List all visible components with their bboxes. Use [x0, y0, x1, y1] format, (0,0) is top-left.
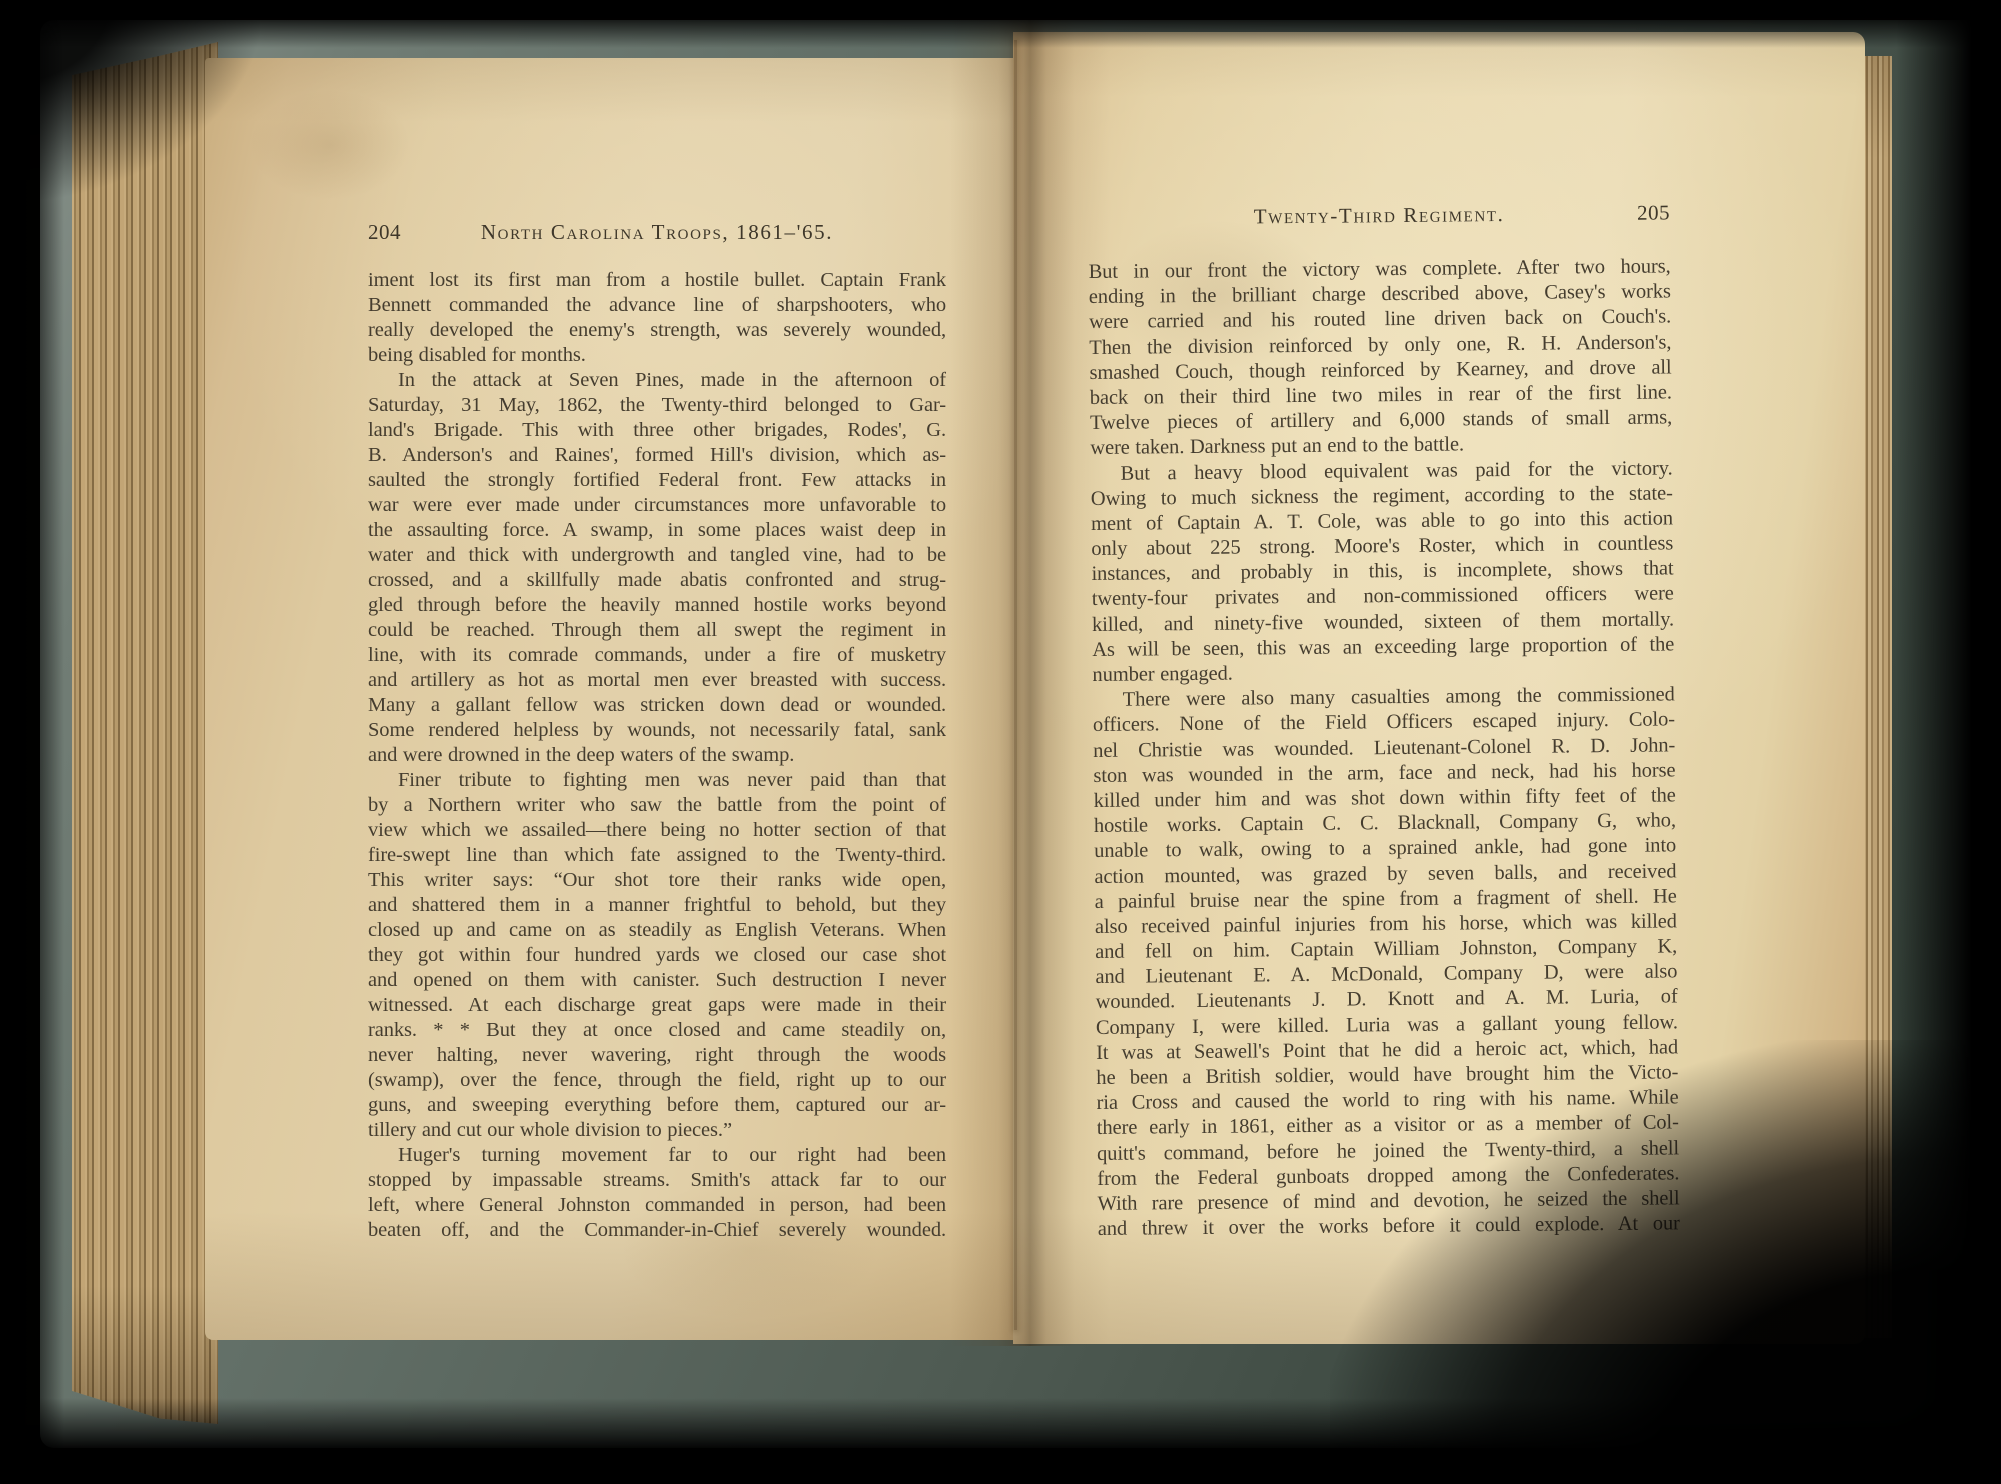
- text-line: the assaulting force. A swamp, in some p…: [368, 518, 946, 543]
- left-page-number: 204: [368, 220, 416, 245]
- text-line: ranks. * * But they at once closed and c…: [368, 1018, 946, 1043]
- text-line: saulted the strongly fortified Federal f…: [368, 468, 946, 493]
- text-line: and artillery as hot as mortal men ever …: [368, 668, 946, 693]
- text-line: Many a gallant fellow was stricken down …: [368, 693, 946, 718]
- text-line: closed up and came on as steadily as Eng…: [368, 918, 946, 943]
- text-line: witnessed. At each discharge great gaps …: [368, 993, 946, 1018]
- text-line: iment lost its first man from a hostile …: [368, 268, 946, 293]
- text-line: and shattered them in a manner frightful…: [368, 893, 946, 918]
- book-photo-scene: 204 North Carolina Troops, 1861–'65. ime…: [0, 0, 2001, 1484]
- paragraph: In the attack at Seven Pines, made in th…: [368, 368, 946, 768]
- text-line: and were drowned in the deep waters of t…: [368, 743, 946, 768]
- right-running-title: Twenty-Third Regiment.: [1136, 201, 1622, 231]
- paragraph: But a heavy blood equivalent was paid fo…: [1090, 456, 1674, 688]
- text-line: crossed, and a skillfully made abatis co…: [368, 568, 946, 593]
- text-line: Huger's turning movement far to our righ…: [368, 1143, 946, 1168]
- text-line: view which we assailed—there being no ho…: [368, 818, 946, 843]
- text-line: gled through before the heavily manned h…: [368, 593, 946, 618]
- text-line: land's Brigade. This with three other br…: [368, 418, 946, 443]
- right-page-number: 205: [1622, 200, 1670, 225]
- text-line: beaten off, and the Commander-in-Chief s…: [368, 1218, 946, 1243]
- page-stain: [250, 90, 410, 200]
- text-line: being disabled for months.: [368, 343, 946, 368]
- text-line: by a Northern writer who saw the battle …: [368, 793, 946, 818]
- text-line: guns, and sweeping everything before the…: [368, 1093, 946, 1118]
- photo-shadow: [0, 0, 2001, 48]
- text-line: war were ever made under circumstances m…: [368, 493, 946, 518]
- text-line: never halting, never wavering, right thr…: [368, 1043, 946, 1068]
- text-line: In the attack at Seven Pines, made in th…: [368, 368, 946, 393]
- text-line: Bennett commanded the advance line of sh…: [368, 293, 946, 318]
- text-line: fire-swept line than which fate assigned…: [368, 843, 946, 868]
- text-line: (swamp), over the fence, through the fie…: [368, 1068, 946, 1093]
- text-line: Finer tribute to fighting men was never …: [368, 768, 946, 793]
- paragraph: Finer tribute to fighting men was never …: [368, 768, 946, 1143]
- text-line: water and thick with undergrowth and tan…: [368, 543, 946, 568]
- text-line: left, where General Johnston commanded i…: [368, 1193, 946, 1218]
- text-line: could be reached. Through them all swept…: [368, 618, 946, 643]
- text-line: Some rendered helpless by wounds, not ne…: [368, 718, 946, 743]
- text-line: tillery and cut our whole division to pi…: [368, 1118, 946, 1143]
- text-line: really developed the enemy's strength, w…: [368, 318, 946, 343]
- text-line: and opened on them with canister. Such d…: [368, 968, 946, 993]
- text-line: B. Anderson's and Raines', formed Hill's…: [368, 443, 946, 468]
- gutter-crease: [1014, 40, 1017, 1330]
- text-line: stopped by impassable streams. Smith's a…: [368, 1168, 946, 1193]
- paragraph: Huger's turning movement far to our righ…: [368, 1143, 946, 1243]
- text-line: line, with its comrade commands, under a…: [368, 643, 946, 668]
- text-line: they got within four hundred yards we cl…: [368, 943, 946, 968]
- photo-shadow: [1330, 1040, 2001, 1484]
- text-line: This writer says: “Our shot tore their r…: [368, 868, 946, 893]
- left-page-header: 204 North Carolina Troops, 1861–'65.: [368, 220, 946, 246]
- right-page-header: Twenty-Third Regiment. 205: [1088, 200, 1670, 232]
- left-page-content: 204 North Carolina Troops, 1861–'65. ime…: [368, 220, 946, 1243]
- photo-shadow: [0, 0, 64, 1484]
- paragraph: iment lost its first man from a hostile …: [368, 268, 946, 368]
- paragraph: But in our front the victory was complet…: [1089, 254, 1673, 461]
- left-page-body: iment lost its first man from a hostile …: [368, 268, 946, 1243]
- left-running-title: North Carolina Troops, 1861–'65.: [416, 220, 898, 245]
- page-edges-left: [72, 42, 218, 1424]
- text-line: Saturday, 31 May, 1862, the Twenty-third…: [368, 393, 946, 418]
